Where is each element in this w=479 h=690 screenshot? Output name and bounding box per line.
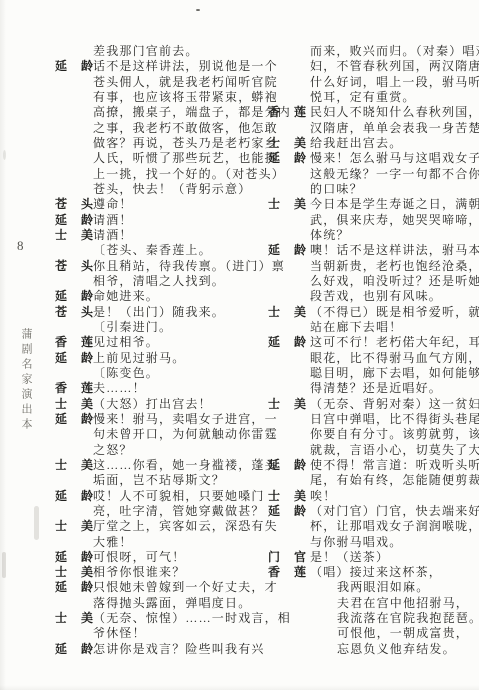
dialogue-continuation: 尾，有始有终，怎能随便剪裁？ xyxy=(268,473,476,488)
dialogue-line: 士美请酒！ xyxy=(55,228,265,243)
line-text: 〔引秦进门。 xyxy=(93,320,172,335)
speaker-char: 美 xyxy=(81,228,93,243)
speaker-char: 美 xyxy=(294,136,306,151)
speaker-char: 延 xyxy=(55,351,67,366)
line-text: 噢！话不是这样讲法，驸马本是 xyxy=(310,243,479,258)
scan-smudge xyxy=(3,150,6,160)
speaker-name: 延龄 xyxy=(55,213,93,228)
line-text: 夫君在宫中他招驸马， xyxy=(337,596,469,611)
line-text: 上前见过驸马。 xyxy=(93,351,185,366)
speaker-char: 龄 xyxy=(294,151,306,166)
speaker-char: 延 xyxy=(268,504,280,519)
speaker-char: 士 xyxy=(268,136,280,151)
line-text: 悦耳，定有重赏。 xyxy=(310,90,416,105)
line-text: 相爷你恨谁来？ xyxy=(93,565,185,580)
stage-direction: 〔引秦进门。 xyxy=(55,320,265,335)
line-text: （唱）接过来这杯茶， xyxy=(310,565,442,580)
speaker-char: 延 xyxy=(55,59,67,74)
speaker-name: 士美 xyxy=(268,197,306,212)
speaker-char: 士 xyxy=(55,397,67,412)
speaker-char: 香 xyxy=(268,565,280,580)
dialogue-continuation: 你要自有分寸。该剪就剪，该裁 xyxy=(268,427,476,442)
dialogue-continuation: 有事，也应该将玉带紧束，蟒袍 xyxy=(55,90,265,105)
dialogue-line: 延龄怎讲你是戏言？险些叫我有兴 xyxy=(55,642,265,657)
spine-title: 蒲剧名家演出本 xyxy=(18,328,34,433)
speaker-char: 延 xyxy=(55,489,67,504)
dialogue-line: 士美（无奈、惊惶）……一时戏言，相 xyxy=(55,611,265,626)
line-text: 垢面，岂不玷辱斯文？ xyxy=(93,473,225,488)
dialogue-continuation: 而来，败兴而归。（对秦）唱戏民 xyxy=(268,44,476,59)
right-text-column: 而来，败兴而归。（对秦）唱戏民妇，不管春秋列国，两汉隋唐，有什么好词，唱上一段，… xyxy=(268,44,476,657)
line-text: 尾，有始有终，怎能随便剪裁？ xyxy=(310,473,479,488)
dialogue-continuation: 什么好词，唱上一段，驸马听得 xyxy=(268,75,476,90)
speaker-char: 龄 xyxy=(294,243,306,258)
dialogue-line: 士美（不得已）既是相爷爱听，就让她 xyxy=(268,305,476,320)
line-text: 得清楚？还是近唱好。 xyxy=(310,381,442,396)
dialogue-line: 士美今日本是学生寿诞之日，满朝文 xyxy=(268,197,476,212)
line-text: （大怒）打出宫去！ xyxy=(93,397,212,412)
line-text: 我流落在官院我抱琵琶。 xyxy=(337,611,479,626)
line-text: 民妇人不晓知什么春秋列国，两 xyxy=(310,105,479,120)
dialogue-continuation: 爷休怪！ xyxy=(55,626,265,641)
dialogue-line: 士美这……你看，她一身褴褛，蓬头 xyxy=(55,458,265,473)
dialogue-continuation: 眼花，比不得驸马血气方刚，耳 xyxy=(268,351,476,366)
line-text: 段苦戏，也别有风味。 xyxy=(310,289,442,304)
line-text: 武，俱来庆寿，她哭哭啼啼，成何 xyxy=(310,213,479,228)
speaker-char: 士 xyxy=(268,305,280,320)
line-text: 可恨呀，可气！ xyxy=(93,550,185,565)
verse-line: 夫君在宫中他招驸马， xyxy=(268,596,476,611)
dialogue-line: 延龄（对门官）门官，快去端来好茶一 xyxy=(268,504,476,519)
line-text: 厅堂之上，宾客如云，深恐有失 xyxy=(93,519,278,534)
speaker-char: 延 xyxy=(268,151,280,166)
speaker-char: 士 xyxy=(55,519,67,534)
line-text: 是！（出门）随我来。 xyxy=(93,305,225,320)
speaker-name: 延龄 xyxy=(55,489,93,504)
line-text: 眼花，比不得驸马血气方刚，耳 xyxy=(310,351,479,366)
dialogue-continuation: 就裁，言语小心，切莫失了大体！ xyxy=(268,443,476,458)
line-text: 什么好词，唱上一段，驸马听得 xyxy=(310,75,479,90)
dialogue-continuation: 与你驸马唱戏。 xyxy=(268,535,476,550)
line-text: 相爷，清唱之人找到。 xyxy=(93,274,225,289)
line-text: 慢来！怎么驸马与这唱戏女子， xyxy=(310,151,479,166)
speaker-char: 美 xyxy=(294,305,306,320)
line-text: （无奈、惊惶）……一时戏言，相 xyxy=(93,611,291,626)
line-text: （不得已）既是相爷爱听，就让她 xyxy=(310,305,479,320)
speaker-char: 士 xyxy=(55,458,67,473)
dialogue-line: 延龄请酒！ xyxy=(55,213,265,228)
dialogue-line: 门官是！（送茶） xyxy=(268,550,476,565)
line-text: 当朝新贵，老朽也饱经沧桑，什 xyxy=(310,259,479,274)
dialogue-line: 延龄只恨她未曾嫁到一个好丈夫，才 xyxy=(55,580,265,595)
line-text: 给我赶出宫去。 xyxy=(310,136,402,151)
speaker-char: 莲 xyxy=(294,105,306,120)
dialogue-continuation: 大雅！ xyxy=(55,535,265,550)
line-text: 〔陈变色。 xyxy=(93,366,159,381)
line-text: 唉！ xyxy=(310,489,336,504)
dialogue-continuation: 汉隋唐，单单会表我一身苦楚！ xyxy=(268,121,476,136)
speaker-char: 美 xyxy=(81,519,93,534)
dialogue-line: 士美（无奈、背躬对秦）这一贫妇，今 xyxy=(268,397,476,412)
speaker-name: 延龄 xyxy=(55,642,93,657)
speaker-name: 士美 xyxy=(268,397,306,412)
speaker-char: 士 xyxy=(268,489,280,504)
speaker-name: 士美 xyxy=(55,565,93,580)
speaker-name: 香莲 xyxy=(268,565,306,580)
speaker-char: 延 xyxy=(55,289,67,304)
dialogue-line: 士美（大怒）打出宫去！ xyxy=(55,397,265,412)
speaker-char: 头 xyxy=(81,305,93,320)
dialogue-line: 延龄噢！话不是这样讲法，驸马本是 xyxy=(268,243,476,258)
line-text: 苍头，快去！（背躬示意） xyxy=(93,182,251,197)
dialogue-continuation: 之怒？ xyxy=(55,443,265,458)
speaker-name: 延龄 xyxy=(268,335,306,350)
speaker-name: 延龄 xyxy=(55,351,93,366)
dialogue-line: 士美厅堂之上，宾客如云，深恐有失 xyxy=(55,519,265,534)
line-text: 差我那门官前去。 xyxy=(93,44,199,59)
speaker-name: 延龄 xyxy=(268,243,306,258)
line-text: 忘恩负义他弃结发。 xyxy=(337,642,456,657)
speaker-name: 延龄 xyxy=(55,550,93,565)
speaker-name: 延龄 xyxy=(268,458,306,473)
line-text: 人氏，听惯了那些玩艺，也能挑 xyxy=(93,151,278,166)
speaker-char: 美 xyxy=(81,611,93,626)
speaker-name: 苍头 xyxy=(55,197,93,212)
line-text: 你且稍站，待我传禀。（进门）禀 xyxy=(93,259,285,274)
speaker-char: 美 xyxy=(294,397,306,412)
line-text: 这……你看，她一身褴褛，蓬头 xyxy=(93,458,278,473)
dialogue-line: 香莲（唱）接过来这杯茶， xyxy=(268,565,476,580)
dialogue-continuation: 做客？再说，苍头乃是老朽家乡 xyxy=(55,136,265,151)
dialogue-continuation: 站在廊下去唱！ xyxy=(268,320,476,335)
line-text: 今日本是学生寿诞之日，满朝文 xyxy=(310,197,479,212)
speaker-char: 龄 xyxy=(81,289,93,304)
line-text: 怎讲你是戏言？险些叫我有兴 xyxy=(93,642,265,657)
line-text: 体统？ xyxy=(310,228,350,243)
speaker-name: 士美 xyxy=(55,397,93,412)
speaker-char: 士 xyxy=(268,397,280,412)
dialogue-line: 苍头遵命！ xyxy=(55,197,265,212)
speaker-name: 香莲 xyxy=(55,335,93,350)
dialogue-line: 延龄上前见过驸马。 xyxy=(55,351,265,366)
dialogue-continuation: 差我那门官前去。 xyxy=(55,44,265,59)
dialogue-continuation: 亮，吐字清，管她穿戴做甚？ xyxy=(55,504,265,519)
verse-line: 我两眼泪如麻。 xyxy=(268,580,476,595)
dialogue-line: 延龄使不得！常言道：听戏听头听 xyxy=(268,458,476,473)
dialogue-continuation: 杯，让那唱戏女子润润喉咙，好 xyxy=(268,519,476,534)
speaker-char: 龄 xyxy=(81,642,93,657)
dialogue-continuation: 垢面，岂不玷辱斯文？ xyxy=(55,473,265,488)
dialogue-line: 士美唉！ xyxy=(268,489,476,504)
scan-smudge xyxy=(2,552,6,578)
speaker-name: 苍头 xyxy=(55,305,93,320)
line-text: 我两眼泪如麻。 xyxy=(337,580,429,595)
speaker-name: 士美 xyxy=(55,228,93,243)
speaker-name: 门官 xyxy=(268,550,306,565)
speaker-char: 美 xyxy=(81,565,93,580)
speaker-char: 龄 xyxy=(294,504,306,519)
line-text: 〔苍头、秦香莲上。 xyxy=(93,243,212,258)
line-text: 的口味？ xyxy=(310,182,363,197)
speaker-char: 士 xyxy=(55,565,67,580)
line-text: 之事，我老朽不敢做客，他怎敢 xyxy=(93,121,278,136)
speaker-char: 莲 xyxy=(81,381,93,396)
speaker-char: 延 xyxy=(55,642,67,657)
speaker-char: 龄 xyxy=(81,351,93,366)
line-text: 做客？再说，苍头乃是老朽家乡 xyxy=(93,136,278,151)
speaker-name: 士美 xyxy=(55,519,93,534)
dialogue-line: 延龄哎！人不可貌相，只要她嗓门 xyxy=(55,489,265,504)
left-text-column: 差我那门官前去。延龄话不是这样讲法，别说他是一个苍头佣人，就是我老朽闻听官院有事… xyxy=(55,44,265,657)
speaker-char: 莲 xyxy=(294,565,306,580)
speaker-char: 龄 xyxy=(81,59,93,74)
dialogue-continuation: 得清楚？还是近唱好。 xyxy=(268,381,476,396)
dialogue-continuation: 人氏，听惯了那些玩艺，也能挑 xyxy=(55,151,265,166)
verse-line: 我流落在官院我抱琵琶。 xyxy=(268,611,476,626)
speaker-name: 士美 xyxy=(55,458,93,473)
speaker-char: 延 xyxy=(268,243,280,258)
dialogue-continuation: 苍头，快去！（背躬示意） xyxy=(55,182,265,197)
dialogue-line: 香莲夫……！ xyxy=(55,381,265,396)
speaker-name: 延龄 xyxy=(55,59,93,74)
speaker-char: 苍 xyxy=(55,259,67,274)
speaker-char: 美 xyxy=(81,397,93,412)
line-text: 可恨他，一朝成富贵， xyxy=(337,626,469,641)
dialogue-line: 延龄命她进来。 xyxy=(55,289,265,304)
speaker-char: 龄 xyxy=(294,335,306,350)
dialogue-continuation: 落得抛头露面，弹唱度日。 xyxy=(55,596,265,611)
line-text: 爷休怪！ xyxy=(93,626,146,641)
speaker-char: 头 xyxy=(81,197,93,212)
line-text: 使不得！常言道：听戏听头听 xyxy=(310,458,479,473)
line-text: （对门官）门官，快去端来好茶一 xyxy=(310,504,479,519)
line-text: 是！（送茶） xyxy=(310,550,389,565)
dialogue-line: 士美相爷你恨谁来？ xyxy=(55,565,265,580)
speaker-char: 延 xyxy=(55,412,67,427)
dialogue-line: 苍头你且稍站，待我传禀。（进门）禀 xyxy=(55,259,265,274)
dialogue-continuation: 之事，我老朽不敢做客，他怎敢 xyxy=(55,121,265,136)
line-text: 汉隋唐，单单会表我一身苦楚！ xyxy=(310,121,479,136)
dialogue-line: 延龄这可不行！老朽偌大年纪，耳聋 xyxy=(268,335,476,350)
speaker-char: 美 xyxy=(294,489,306,504)
line-text: 妇，不管春秋列国，两汉隋唐，有 xyxy=(310,59,479,74)
speaker-char: 士 xyxy=(268,197,280,212)
speaker-name: 士美 xyxy=(268,136,306,151)
line-text: 遵命！ xyxy=(93,197,133,212)
line-text: 这般无缘？一字一句都不合你 xyxy=(310,167,479,182)
speaker-name: 延龄 xyxy=(55,412,93,427)
speaker-char: 龄 xyxy=(294,458,306,473)
line-text: 有事，也应该将玉带紧束，蟒袍 xyxy=(93,90,278,105)
line-text: 夫……！ xyxy=(93,381,146,396)
scan-speck xyxy=(196,9,200,11)
line-text: 命她进来。 xyxy=(93,289,159,304)
line-text: 见过相爷。 xyxy=(93,335,159,350)
scan-smudge xyxy=(34,506,39,540)
line-text: 大雅！ xyxy=(93,535,133,550)
dialogue-line: 延龄慢来！驸马，卖唱女子进宫，一 xyxy=(55,412,265,427)
speaker-char: 苍 xyxy=(55,197,67,212)
line-text: 句未曾开口，为何就触动你雷霆 xyxy=(93,427,278,442)
speaker-char: 龄 xyxy=(81,412,93,427)
dialogue-line: 延龄可恨呀，可气！ xyxy=(55,550,265,565)
line-text: 苍头佣人，就是我老朽闻听官院 xyxy=(93,75,278,90)
speaker-char: 士 xyxy=(55,228,67,243)
dialogue-line: 延龄话不是这样讲法，别说他是一个 xyxy=(55,59,265,74)
stage-direction: 〔苍头、秦香莲上。 xyxy=(55,243,265,258)
line-text: （无奈、背躬对秦）这一贫妇，今 xyxy=(310,397,479,412)
speaker-char: 龄 xyxy=(81,580,93,595)
speaker-char: 香 xyxy=(268,105,280,120)
dialogue-continuation: 么好戏，咱没听过？还是听她一 xyxy=(268,274,476,289)
speaker-name: 士美 xyxy=(268,489,306,504)
line-text: 这可不行！老朽偌大年纪，耳聋 xyxy=(310,335,479,350)
dialogue-continuation: 这般无缘？一字一句都不合你 xyxy=(268,167,476,182)
line-text: 聪目明，廊下去唱，如何能够听 xyxy=(310,366,479,381)
speaker-char: 延 xyxy=(55,580,67,595)
speaker-name: 香莲 xyxy=(55,381,93,396)
speaker-char: 官 xyxy=(294,550,306,565)
dialogue-continuation: 武，俱来庆寿，她哭哭啼啼，成何 xyxy=(268,213,476,228)
line-text: 站在廊下去唱！ xyxy=(310,320,402,335)
speaker-name: 延龄 xyxy=(55,580,93,595)
line-text: 你要自有分寸。该剪就剪，该裁 xyxy=(310,427,479,442)
speaker-char: 延 xyxy=(55,213,67,228)
line-text: 请酒！ xyxy=(93,213,133,228)
dialogue-continuation: 聪目明，廊下去唱，如何能够听 xyxy=(268,366,476,381)
line-text: 高撩，搬桌子，端盘子，都是分内 xyxy=(93,105,291,120)
line-text: 请酒！ xyxy=(93,228,133,243)
dialogue-continuation: 段苦戏，也别有风味。 xyxy=(268,289,476,304)
dialogue-continuation: 妇，不管春秋列国，两汉隋唐，有 xyxy=(268,59,476,74)
speaker-char: 香 xyxy=(55,335,67,350)
speaker-name: 延龄 xyxy=(268,504,306,519)
speaker-char: 头 xyxy=(81,259,93,274)
speaker-char: 龄 xyxy=(81,213,93,228)
dialogue-line: 香莲民妇人不晓知什么春秋列国，两 xyxy=(268,105,476,120)
dialogue-continuation: 高撩，搬桌子，端盘子，都是分内 xyxy=(55,105,265,120)
dialogue-continuation: 句未曾开口，为何就触动你雷霆 xyxy=(55,427,265,442)
line-text: 之怒？ xyxy=(93,443,133,458)
dialogue-continuation: 苍头佣人，就是我老朽闻听官院 xyxy=(55,75,265,90)
speaker-char: 香 xyxy=(55,381,67,396)
line-text: 落得抛头露面，弹唱度日。 xyxy=(93,596,251,611)
speaker-name: 香莲 xyxy=(268,105,306,120)
line-text: 慢来！驸马，卖唱女子进宫，一 xyxy=(93,412,278,427)
verse-line: 忘恩负义他弃结发。 xyxy=(268,642,476,657)
line-text: 上一挑，找一个好的。（对苍头） xyxy=(93,167,285,182)
dialogue-line: 香莲见过相爷。 xyxy=(55,335,265,350)
line-text: 杯，让那唱戏女子润润喉咙，好 xyxy=(310,519,479,534)
line-text: 哎！人不可貌相，只要她嗓门 xyxy=(93,489,265,504)
dialogue-continuation: 日宫中弹唱，比不得街头巷尾， xyxy=(268,412,476,427)
speaker-char: 龄 xyxy=(81,550,93,565)
line-text: 么好戏，咱没听过？还是听她一 xyxy=(310,274,479,289)
speaker-char: 门 xyxy=(268,550,280,565)
dialogue-line: 士美给我赶出宫去。 xyxy=(268,136,476,151)
line-text: 与你驸马唱戏。 xyxy=(310,535,402,550)
stage-direction: 〔陈变色。 xyxy=(55,366,265,381)
dialogue-continuation: 当朝新贵，老朽也饱经沧桑，什 xyxy=(268,259,476,274)
page-number: 8 xyxy=(17,238,24,254)
line-text: 话不是这样讲法，别说他是一个 xyxy=(93,59,278,74)
speaker-name: 延龄 xyxy=(55,289,93,304)
speaker-char: 美 xyxy=(81,458,93,473)
book-page: 8 蒲剧名家演出本 差我那门官前去。延龄话不是这样讲法，别说他是一个苍头佣人，就… xyxy=(0,0,479,690)
line-text: 日宫中弹唱，比不得街头巷尾， xyxy=(310,412,479,427)
verse-line: 可恨他，一朝成富贵， xyxy=(268,626,476,641)
dialogue-continuation: 悦耳，定有重赏。 xyxy=(268,90,476,105)
speaker-char: 龄 xyxy=(81,489,93,504)
speaker-char: 苍 xyxy=(55,305,67,320)
speaker-name: 士美 xyxy=(55,611,93,626)
dialogue-line: 延龄慢来！怎么驸马与这唱戏女子， xyxy=(268,151,476,166)
speaker-name: 士美 xyxy=(268,305,306,320)
dialogue-continuation: 体统？ xyxy=(268,228,476,243)
speaker-name: 苍头 xyxy=(55,259,93,274)
line-text: 亮，吐字清，管她穿戴做甚？ xyxy=(93,504,265,519)
speaker-char: 美 xyxy=(294,197,306,212)
speaker-name: 延龄 xyxy=(268,151,306,166)
dialogue-continuation: 的口味？ xyxy=(268,182,476,197)
dialogue-continuation: 相爷，清唱之人找到。 xyxy=(55,274,265,289)
speaker-char: 莲 xyxy=(81,335,93,350)
dialogue-line: 苍头是！（出门）随我来。 xyxy=(55,305,265,320)
speaker-char: 延 xyxy=(55,550,67,565)
speaker-char: 延 xyxy=(268,458,280,473)
line-text: 而来，败兴而归。（对秦）唱戏民 xyxy=(310,44,479,59)
line-text: 只恨她未曾嫁到一个好丈夫，才 xyxy=(93,580,278,595)
line-text: 就裁，言语小心，切莫失了大体！ xyxy=(310,443,479,458)
speaker-char: 士 xyxy=(55,611,67,626)
dialogue-continuation: 上一挑，找一个好的。（对苍头） xyxy=(55,167,265,182)
speaker-char: 延 xyxy=(268,335,280,350)
